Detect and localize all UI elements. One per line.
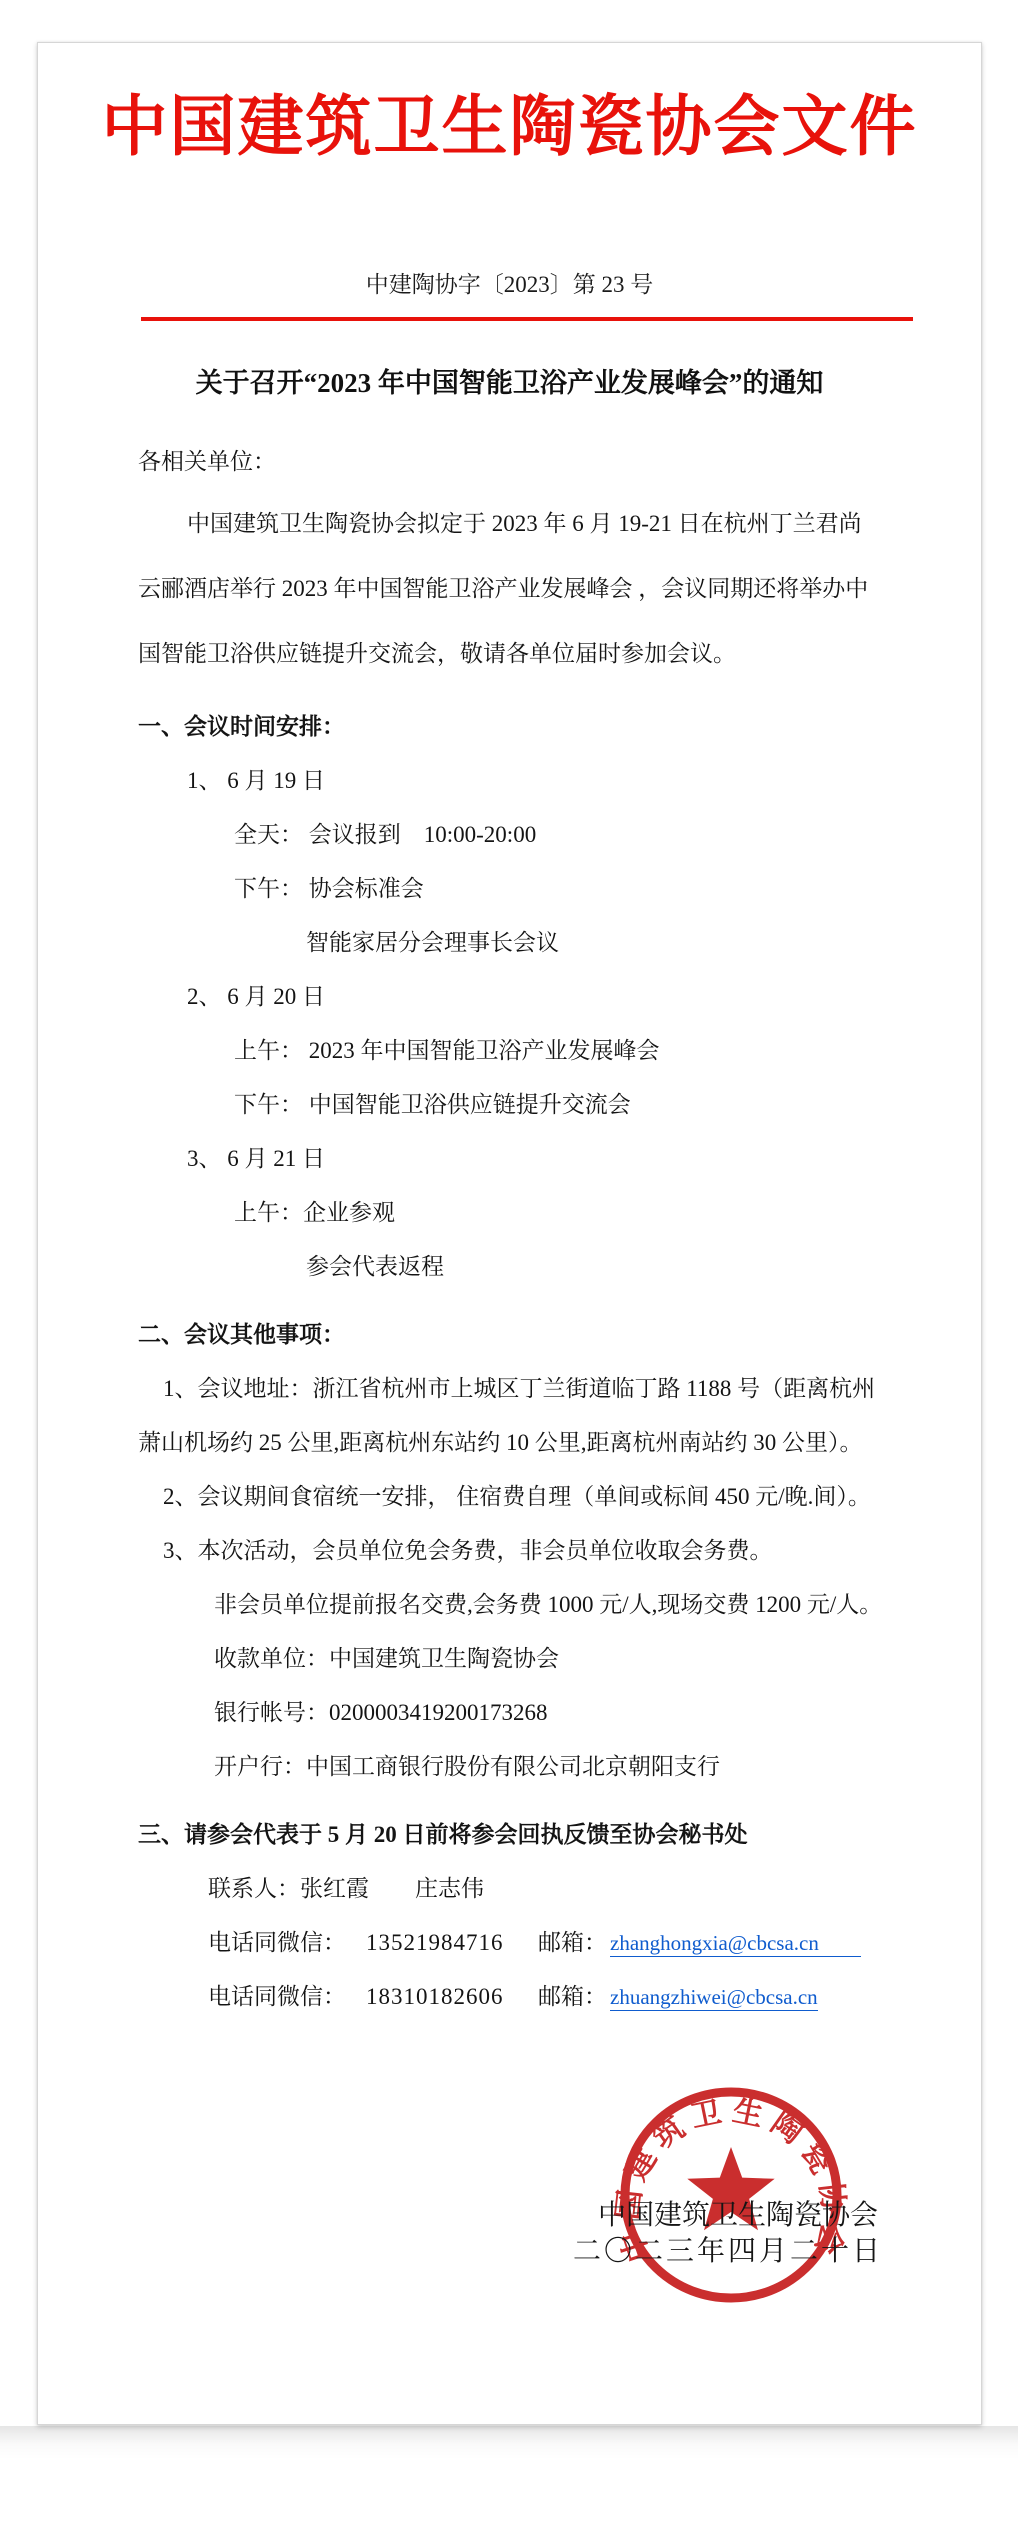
page-bottom-shadow <box>0 2426 1018 2460</box>
wechat-phone-label: 电话同微信： <box>208 1970 366 2024</box>
body-line: 非会员单位提前报名交费,会务费 1000 元/人,现场交费 1200 元/人。 <box>138 1578 923 1632</box>
body-line: 萧山机场约 25 公里,距离杭州东站约 10 公里,距离杭州南站约 30 公里）… <box>138 1416 923 1470</box>
doc-number: 中建陶协字〔2023〕第 23 号 <box>38 265 981 305</box>
email-label: 邮箱： <box>538 1916 610 1970</box>
body-line: 下午： 协会标准会 <box>138 862 923 916</box>
body-line: 全天： 会议报到 10:00-20:00 <box>138 808 923 862</box>
body-line: 1、会议地址：浙江省杭州市上城区丁兰街道临丁路 1188 号（距离杭州 <box>138 1362 923 1416</box>
body-line: 2、 6 月 20 日 <box>138 970 923 1024</box>
official-seal-icon: 中国建筑卫生陶瓷协会 <box>614 2081 849 2309</box>
signature-org: 中国建筑卫生陶瓷协会 <box>598 2198 878 2234</box>
body-line: 收款单位：中国建筑卫生陶瓷协会 <box>138 1632 923 1686</box>
phone-number: 18310182606 <box>366 1970 538 2024</box>
body-line: 中国建筑卫生陶瓷协会拟定于 2023 年 6 月 19-21 日在杭州丁兰君尚 <box>138 491 923 556</box>
phone-number: 13521984716 <box>366 1916 538 1970</box>
contact-rows: 电话同微信： 13521984716 邮箱： zhanghongxia@cbcs… <box>138 1916 923 2024</box>
section-heading: 一、会议时间安排： <box>138 700 923 754</box>
salutation: 各相关单位： <box>138 433 923 491</box>
document-body: 各相关单位： 中国建筑卫生陶瓷协会拟定于 2023 年 6 月 19-21 日在… <box>138 433 923 2024</box>
body-line: 参会代表返程 <box>138 1240 923 1294</box>
org-title: 中国建筑卫生陶瓷协会文件 <box>38 73 981 183</box>
signature-area: 中国建筑卫生陶瓷协会 中国建筑卫生陶瓷协会 二〇二三年四月二十日 <box>38 2033 983 2383</box>
body-line: 国智能卫浴供应链提升交流会，敬请各单位届时参加会议。 <box>138 621 923 686</box>
email-link[interactable]: zhanghongxia@cbcsa.cn <box>610 1930 861 1957</box>
body-line: 上午：企业参观 <box>138 1186 923 1240</box>
red-divider <box>141 317 913 321</box>
section-heading: 二、会议其他事项： <box>138 1308 923 1362</box>
signature-date: 二〇二三年四月二十日 <box>573 2234 883 2270</box>
body-line: 3、本次活动，会员单位免会务费，非会员单位收取会务费。 <box>138 1524 923 1578</box>
body-line: 2、会议期间食宿统一安排， 住宿费自理（单间或标间 450 元/晚.间）。 <box>138 1470 923 1524</box>
page-background: { "colors": { "accent_red": "#e8120b", "… <box>0 0 1018 2529</box>
contact-row: 电话同微信： 13521984716 邮箱： zhanghongxia@cbcs… <box>138 1916 923 1970</box>
contact-row: 电话同微信： 18310182606 邮箱： zhuangzhiwei@cbcs… <box>138 1970 923 2024</box>
body-line: 银行帐号：0200003419200173268 <box>138 1686 923 1740</box>
body-line: 智能家居分会理事长会议 <box>138 916 923 970</box>
body-line: 3、 6 月 21 日 <box>138 1132 923 1186</box>
wechat-phone-label: 电话同微信： <box>208 1916 366 1970</box>
document-page: 中国建筑卫生陶瓷协会文件 中建陶协字〔2023〕第 23 号 关于召开“2023… <box>37 42 982 2425</box>
body-line: 下午： 中国智能卫浴供应链提升交流会 <box>138 1078 923 1132</box>
email-label: 邮箱： <box>538 1970 610 2024</box>
body-lines: 中国建筑卫生陶瓷协会拟定于 2023 年 6 月 19-21 日在杭州丁兰君尚云… <box>138 491 923 1916</box>
email-link[interactable]: zhuangzhiwei@cbcsa.cn <box>610 1984 818 2011</box>
body-line: 上午： 2023 年中国智能卫浴产业发展峰会 <box>138 1024 923 1078</box>
body-line: 1、 6 月 19 日 <box>138 754 923 808</box>
notice-title: 关于召开“2023 年中国智能卫浴产业发展峰会”的通知 <box>38 357 981 409</box>
body-line: 联系人：张红霞 庄志伟 <box>138 1862 923 1916</box>
body-line: 云郦酒店举行 2023 年中国智能卫浴产业发展峰会 ，会议同期还将举办中 <box>138 556 923 621</box>
body-line: 开户行：中国工商银行股份有限公司北京朝阳支行 <box>138 1740 923 1794</box>
section-heading: 三、请参会代表于 5 月 20 日前将参会回执反馈至协会秘书处 <box>138 1808 923 1862</box>
